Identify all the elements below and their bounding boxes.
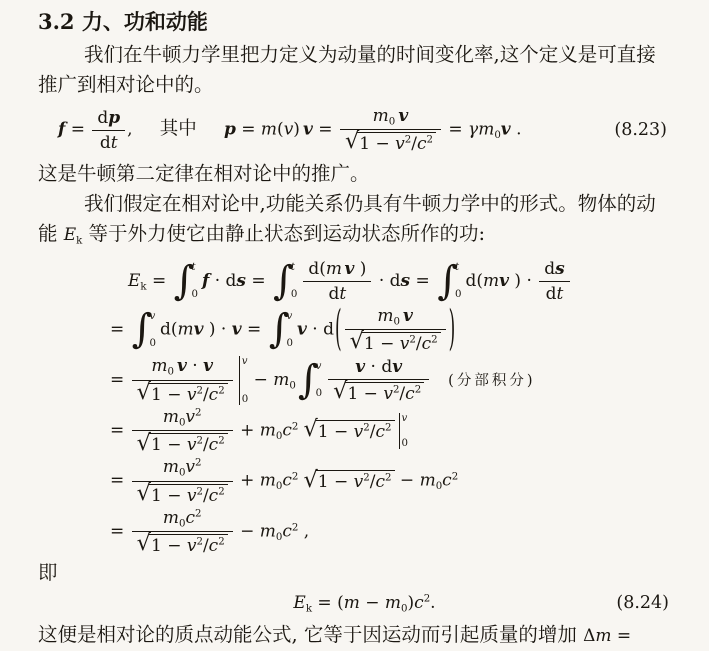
math-text: d [97, 108, 108, 128]
math-text: − [248, 370, 273, 390]
math-text: · d [373, 271, 400, 291]
math-text: = [410, 271, 435, 291]
math-text: ) [354, 259, 366, 279]
math-text: = [443, 120, 468, 140]
math-vector: v [232, 319, 242, 339]
equation-8-23: f = dpdt,其中p = m(v)v = m0v√1 − v2/c2 = γ… [58, 106, 522, 154]
derivation-line-4: = m0v2√1 − v2/c2 + m0c2√1 − v2/c2v0 [110, 407, 691, 455]
math-var: v [185, 407, 195, 427]
denominator: dt [92, 130, 125, 153]
math-var: c [282, 421, 292, 441]
math-text: · d [307, 319, 334, 339]
math-text: 1 − [151, 385, 187, 405]
equation-8-24-row: Ek = (m − m0)c2. (8.24) [38, 589, 691, 618]
math-text: 1 − [151, 486, 187, 506]
math-var: c [282, 521, 292, 541]
math-vector: v [203, 356, 213, 376]
lower-bound: 0 [291, 289, 297, 300]
math-fraction: m0c2√1 − v2/c2 [132, 508, 233, 556]
derivation-line-1: Ek = ∫t0f · ds = ∫t0d(mv )dt · ds = ∫t0d… [128, 259, 691, 304]
text-run: 这便是相对论的质点动能公式, 它等于因运动而引起质量的增加 [38, 623, 583, 646]
math-sqrt: √1 − v2/c2 [350, 332, 441, 354]
math-var: c [209, 385, 219, 405]
math-var: c [375, 422, 385, 442]
math-var: m [163, 508, 179, 528]
denominator: √1 − v2/c2 [328, 379, 429, 404]
math-text: . [511, 120, 522, 140]
lower-bound: 0 [287, 338, 293, 349]
denominator: √1 − v2/c2 [132, 531, 233, 556]
denominator: √1 − v2/c2 [345, 329, 446, 354]
evaluation-bar: v0 [399, 413, 408, 449]
math-fraction: m0v2√1 − v2/c2 [132, 457, 233, 505]
math-text: = [110, 370, 130, 390]
lower-bound: 0 [402, 438, 408, 449]
math-text: 1 − [318, 472, 354, 492]
math-text: = ( [312, 593, 344, 613]
math-superscript: 2 [426, 135, 432, 146]
textbook-page: 3.2 力、功和动能 我们在牛顿力学里把力定义为动量的时间变化率,这个定义是可直… [0, 0, 709, 651]
integral-sign: ∫v0 [132, 311, 156, 349]
integral-bounds: t0 [191, 262, 197, 300]
inline-math: Ek [64, 225, 83, 245]
math-var: m [260, 521, 276, 541]
math-var: γm [468, 120, 494, 140]
integral-sign: ∫v0 [269, 311, 293, 349]
math-text: · [187, 356, 203, 376]
math-text: = [110, 521, 130, 541]
math-text: 1 − [364, 334, 400, 354]
derivation-line-3: = m0v · v√1 − v2/c2v0 − m0∫v0v · dv√1 − … [110, 356, 691, 405]
text-run: 能 [38, 222, 64, 245]
math-var: c [209, 435, 219, 455]
math-sqrt: √1 − v2/c2 [303, 420, 394, 442]
radicand: 1 − v2/c2 [362, 332, 441, 354]
numerator: dp [92, 108, 125, 130]
math-var: m [373, 106, 389, 126]
equation-number-8-24: (8.24) [616, 593, 669, 613]
derivation-block: Ek = ∫t0f · ds = ∫t0d(mv )dt · ds = ∫t0d… [38, 259, 691, 556]
math-text: d [544, 259, 555, 279]
math-subscript: 0 [393, 316, 399, 327]
math-superscript: 2 [452, 472, 458, 483]
math-text: − [235, 521, 260, 541]
math-text: d [100, 133, 111, 153]
math-sqrt: √1 − v2/c2 [345, 132, 436, 154]
equation-8-23-row: f = dpdt,其中p = m(v)v = m0v√1 − v2/c2 = γ… [38, 106, 691, 154]
math-superscript: 2 [218, 436, 224, 447]
denominator: dt [303, 281, 371, 304]
math-var: c [442, 471, 452, 491]
math-vector: v [499, 271, 509, 291]
denominator: dt [539, 281, 569, 304]
math-var: c [209, 536, 219, 556]
math-text: · d [365, 357, 392, 377]
math-vector: s [401, 271, 411, 291]
math-superscript: 2 [415, 385, 421, 396]
math-var: m [595, 626, 611, 646]
math-var: E [128, 271, 140, 291]
math-superscript: 2 [195, 508, 201, 519]
integral-sign: ∫v0 [298, 361, 322, 399]
math-var: m [260, 421, 276, 441]
math-vector: v [345, 259, 355, 279]
numerator: m0v [340, 106, 441, 129]
math-superscript: 2 [292, 421, 298, 432]
upper-bound: v [149, 311, 155, 322]
math-text: ) · [509, 271, 537, 291]
radicand: 1 − v2/c2 [149, 484, 228, 506]
text-run: 等于外力使它由静止状态到运动状态所作的功: [82, 222, 485, 245]
paragraph-2: 这是牛顿第二定律在相对论中的推广。 [38, 159, 691, 188]
derivation-line-2: = ∫v0d(mv ) · v = ∫v0v · d(m0v√1 − v2/c2… [110, 306, 691, 354]
radicand: 1 − v2/c2 [149, 534, 228, 556]
math-vector: v [194, 319, 204, 339]
math-vector: p [108, 108, 120, 128]
math-var: v [354, 472, 364, 492]
math-var: m [385, 593, 401, 613]
math-fraction: m0v√1 − v2/c2 [340, 106, 441, 154]
integral-sign: ∫t0 [174, 262, 198, 300]
math-var: v [395, 134, 405, 154]
numerator: m0v2 [132, 457, 233, 480]
math-var: m [151, 356, 167, 376]
math-var: E [64, 225, 76, 245]
upper-bound: t [291, 262, 297, 273]
math-text: , [127, 120, 132, 140]
math-var: m [163, 407, 179, 427]
math-text: Δ [583, 626, 595, 646]
math-sqrt: √1 − v2/c2 [137, 433, 228, 455]
equation-8-24: Ek = (m − m0)c2. [293, 593, 435, 614]
math-superscript: 2 [385, 473, 391, 484]
math-text: + [235, 421, 260, 441]
math-vector: v [392, 357, 402, 377]
math-sqrt: √1 − v2/c2 [137, 383, 228, 405]
upper-bound: v [402, 413, 408, 424]
numerator: ds [539, 259, 569, 281]
radicand: 1 − v2/c2 [149, 433, 228, 455]
equation-number-8-23: (8.23) [614, 120, 667, 140]
math-text: = [110, 421, 130, 441]
derivation-line-5: = m0v2√1 − v2/c2 + m0c2√1 − v2/c2 − m0c2 [110, 457, 691, 505]
math-fraction: m0v · v√1 − v2/c2 [132, 356, 233, 404]
math-var: v [400, 334, 410, 354]
math-var: m [260, 471, 276, 491]
closing-paragraph: 这便是相对论的质点动能公式, 它等于因运动而引起质量的增加 Δm = [38, 620, 691, 651]
math-superscript: 2 [218, 536, 224, 547]
math-var: c [375, 472, 385, 492]
math-text: d( [308, 259, 326, 279]
numerator: m0v · v [132, 356, 233, 379]
radicand: 1 − v2/c2 [149, 383, 228, 405]
math-text: = [246, 271, 271, 291]
math-text: 1 − [151, 536, 187, 556]
math-text: . [430, 593, 435, 613]
math-superscript: 2 [385, 423, 391, 434]
radicand: 1 − v2/c2 [316, 470, 395, 492]
math-vector: s [555, 259, 565, 279]
math-text: 1 − [347, 384, 383, 404]
math-text: d( [465, 271, 483, 291]
math-cjk-text: 其中 [160, 119, 197, 140]
upper-bound: v [287, 311, 293, 322]
math-fraction: m0v2√1 − v2/c2 [132, 407, 233, 455]
math-superscript: 2 [218, 486, 224, 497]
math-fraction: m0v√1 − v2/c2 [345, 306, 446, 354]
math-superscript: 2 [195, 408, 201, 419]
upper-bound: v [316, 361, 322, 372]
math-vector: v [355, 357, 365, 377]
lower-bound: 0 [316, 388, 322, 399]
math-var: v [187, 435, 197, 455]
radicand: 1 − v2/c2 [316, 420, 395, 442]
math-text: 1 − [151, 435, 187, 455]
math-text: d( [160, 319, 178, 339]
integral-sign: ∫t0 [273, 262, 297, 300]
math-text: = [147, 271, 172, 291]
stretchy-paren: ( [335, 302, 342, 358]
math-var: v [185, 457, 195, 477]
radicand: 1 − v2/c2 [345, 382, 424, 404]
math-fraction: dpdt [92, 108, 125, 153]
math-text: d [546, 284, 557, 304]
paragraph-3-line-2: 能 Ek 等于外力使它由静止状态到运动状态所作的功: [38, 219, 691, 255]
derivation-line-6: = m0c2√1 − v2/c2 − m0c2 , [110, 508, 691, 556]
math-var: v [187, 486, 197, 506]
lower-bound: 0 [149, 338, 155, 349]
integral-bounds: v0 [149, 311, 155, 349]
math-var: c [209, 486, 219, 506]
denominator: √1 − v2/c2 [132, 481, 233, 506]
math-vector: v [501, 120, 511, 140]
evaluation-bar: v0 [239, 356, 248, 405]
integral-bounds: t0 [291, 262, 297, 300]
math-var: v [284, 120, 294, 140]
numerator: m0c2 [132, 508, 233, 531]
section-heading: 3.2 力、功和动能 [38, 8, 691, 35]
math-text: · d [209, 271, 236, 291]
math-var: c [422, 334, 432, 354]
integral-bounds: t0 [455, 262, 461, 300]
math-text: ( [277, 120, 284, 140]
math-var: m [326, 259, 342, 279]
math-var: m [344, 593, 360, 613]
math-vector: v [303, 120, 313, 140]
lower-bound: 0 [455, 289, 461, 300]
lower-bound: 0 [191, 289, 197, 300]
radicand: 1 − v2/c2 [357, 132, 436, 154]
math-text: − [395, 471, 420, 491]
math-sqrt: √1 − v2/c2 [137, 534, 228, 556]
denominator: √1 − v2/c2 [132, 430, 233, 455]
stretchy-paren: ) [449, 302, 456, 358]
upper-bound: t [455, 262, 461, 273]
math-subscript: 0 [389, 116, 395, 127]
denominator: √1 − v2/c2 [132, 380, 233, 405]
math-var: c [185, 508, 195, 528]
math-fraction: v · dv√1 − v2/c2 [328, 357, 429, 404]
numerator: d(mv ) [303, 259, 371, 281]
note-integration-by-parts: (分部积分) [448, 373, 535, 389]
math-var: v [187, 536, 197, 556]
paragraph-1-line-2: 推广到相对论中的。 [38, 70, 691, 99]
math-fraction: d(mv )dt [303, 259, 371, 304]
math-text: , [298, 521, 309, 541]
math-superscript: 2 [218, 385, 224, 396]
math-fraction: dsdt [539, 259, 569, 304]
math-text: 1 − [359, 134, 395, 154]
math-var: c [282, 471, 292, 491]
integral-bounds: v0 [287, 311, 293, 349]
math-superscript: 2 [292, 472, 298, 483]
math-var: t [557, 284, 564, 304]
evaluation-bounds: v0 [400, 413, 408, 449]
integral-sign: ∫t0 [437, 262, 461, 300]
math-var: m [420, 471, 436, 491]
math-var: m [261, 120, 277, 140]
numerator: m0v2 [132, 407, 233, 430]
math-text: = [236, 120, 261, 140]
math-sqrt: √1 − v2/c2 [303, 470, 394, 492]
math-subscript: 0 [289, 380, 295, 391]
math-var: m [377, 306, 393, 326]
upper-bound: v [242, 356, 248, 367]
math-var: E [293, 593, 305, 613]
math-superscript: 2 [431, 334, 437, 345]
math-text: = [110, 319, 130, 339]
math-subscript: 0 [167, 367, 173, 378]
math-var: c [414, 593, 424, 613]
math-var: v [187, 385, 197, 405]
math-var: t [111, 133, 118, 153]
math-sqrt: √1 − v2/c2 [137, 484, 228, 506]
math-var: c [405, 384, 415, 404]
math-text: d [329, 284, 340, 304]
math-vector: p [224, 120, 236, 140]
math-vector: s [236, 271, 246, 291]
math-var: m [273, 370, 289, 390]
math-text: = [110, 471, 130, 491]
math-var: t [339, 284, 346, 304]
math-var: v [354, 422, 364, 442]
denominator: √1 − v2/c2 [340, 129, 441, 154]
lower-bound: 0 [242, 394, 248, 405]
math-text: = [313, 120, 338, 140]
math-vector: v [398, 106, 408, 126]
evaluation-bounds: v0 [240, 356, 248, 405]
connective-word: 即 [38, 558, 691, 587]
math-text: = [612, 626, 632, 646]
math-var: m [483, 271, 499, 291]
inline-math: Δm = [583, 626, 631, 646]
math-vector: v [403, 306, 413, 326]
math-text: − [360, 593, 385, 613]
math-text: + [235, 471, 260, 491]
numerator: m0v [345, 306, 446, 329]
math-text: ) [293, 120, 300, 140]
math-sqrt: √1 − v2/c2 [333, 382, 424, 404]
math-text: ) · [203, 319, 231, 339]
math-var: v [383, 384, 393, 404]
math-vector: v [297, 319, 307, 339]
math-text: = [65, 120, 90, 140]
math-var: m [177, 319, 193, 339]
math-var: m [163, 457, 179, 477]
math-vector: v [177, 356, 187, 376]
integral-bounds: v0 [316, 361, 322, 399]
math-superscript: 2 [195, 458, 201, 469]
numerator: v · dv [328, 357, 429, 379]
math-text: = [242, 319, 267, 339]
paragraph-3-line-1: 我们假定在相对论中,功能关系仍具有牛顿力学中的形式。物体的动 [38, 189, 691, 218]
math-text: 1 − [318, 422, 354, 442]
paragraph-1-line-1: 我们在牛顿力学里把力定义为动量的时间变化率,这个定义是可直接 [38, 40, 691, 69]
upper-bound: t [191, 262, 197, 273]
